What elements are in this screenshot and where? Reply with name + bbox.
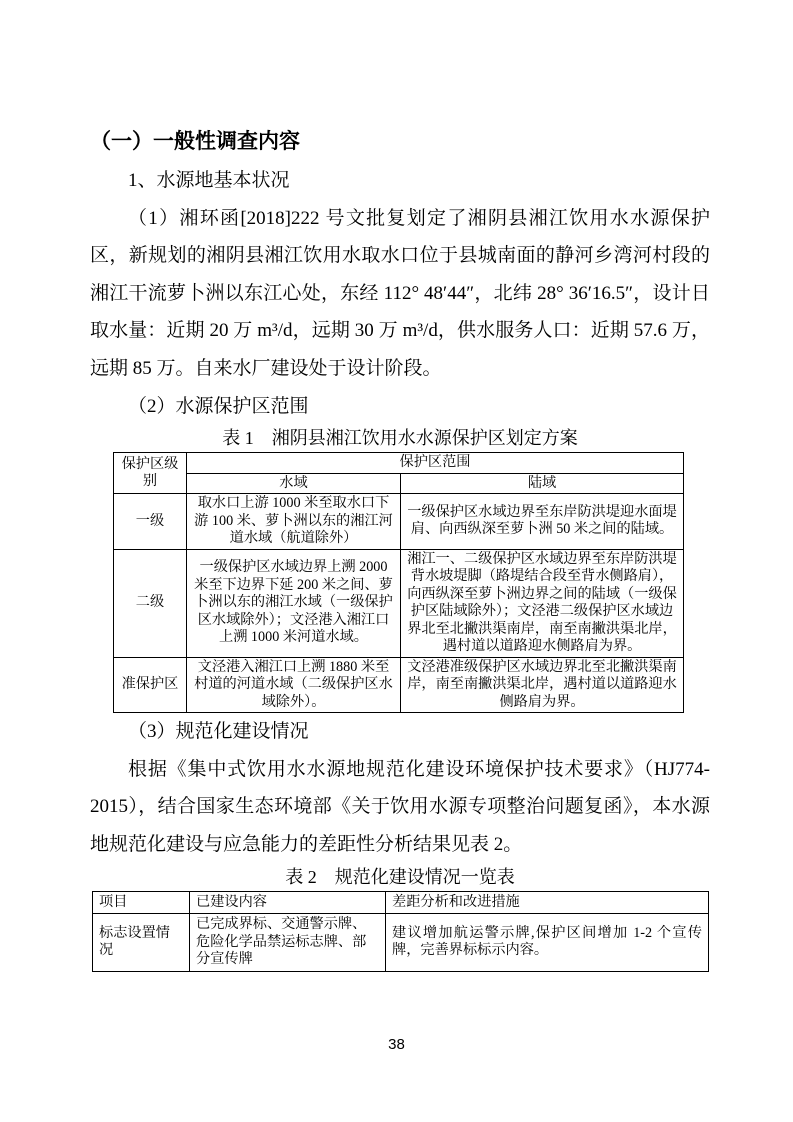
table2-cell-built: 已完成界标、交通警示牌、危险化学品禁运标志牌、部分宣传牌 [190, 914, 386, 972]
table1-cell-water: 取水口上游 1000 米至取水口下游 100 米、萝卜洲以东的湘江河道水域（航道… [187, 494, 401, 550]
table2-header-built: 已建设内容 [190, 891, 386, 914]
table1-cell-water: 一级保护区水域边界上溯 2000 米至下边界下延 200 米之间、萝卜洲以东的湘… [187, 549, 401, 657]
table2-header-gap: 差距分析和改进措施 [386, 891, 709, 914]
table1-cell-water: 文泾港入湘江口上溯 1880 米至村道的河道水域（二级保护区水域除外）。 [187, 657, 401, 713]
table1-header-level: 保护区级别 [114, 453, 187, 494]
table1-header-row-1: 保护区级别 保护区范围 [114, 453, 684, 474]
table1-cell-land: 湘江一、二级保护区水域边界至东岸防洪堤背水坡堤脚（路堤结合段至背水侧路肩），向西… [401, 549, 684, 657]
page-content: （一）一般性调查内容 1、水源地基本状况 （1）湘环函[2018]222 号文批… [90, 126, 710, 972]
table1-header-water: 水域 [187, 473, 401, 494]
table1-header-scope: 保护区范围 [187, 453, 684, 474]
table1-cell-land: 文泾港准级保护区水域边界北至北撇洪渠南岸，南至南撇洪渠北岸，遇村道以道路迎水侧路… [401, 657, 684, 713]
section-heading: （一）一般性调查内容 [90, 126, 710, 156]
list-item-2: （2）水源保护区范围 [90, 388, 710, 426]
page-number: 38 [0, 1036, 793, 1053]
table2-header-row: 项目 已建设内容 差距分析和改进措施 [93, 891, 709, 914]
table2-header-item: 项目 [93, 891, 190, 914]
table1-cell-level: 一级 [114, 494, 187, 550]
table-row: 标志设置情况 已完成界标、交通警示牌、危险化学品禁运标志牌、部分宣传牌 建议增加… [93, 914, 709, 972]
list-item-3: （3）规范化建设情况 [90, 713, 710, 751]
list-item-1: 1、水源地基本状况 [90, 162, 710, 200]
table1-header-row-2: 水域 陆域 [114, 473, 684, 494]
table-row: 准保护区 文泾港入湘江口上溯 1880 米至村道的河道水域（二级保护区水域除外）… [114, 657, 684, 713]
table-row: 二级 一级保护区水域边界上溯 2000 米至下边界下延 200 米之间、萝卜洲以… [114, 549, 684, 657]
document-page: （一）一般性调查内容 1、水源地基本状况 （1）湘环函[2018]222 号文批… [0, 0, 793, 1122]
table1-caption: 表 1 湘阴县湘江饮用水水源保护区划定方案 [90, 425, 710, 452]
table2-cell-gap: 建议增加航运警示牌,保护区间增加 1-2 个宣传牌，完善界标标示内容。 [386, 914, 709, 972]
table1-header-land: 陆域 [401, 473, 684, 494]
table1-protection-zones: 保护区级别 保护区范围 水域 陆域 一级 取水口上游 1000 米至取水口下游 … [113, 452, 684, 713]
table2-caption: 表 2 规范化建设情况一览表 [90, 864, 710, 891]
table1-cell-land: 一级保护区水域边界至东岸防洪堤迎水面堤肩、向西纵深至萝卜洲 50 米之间的陆域。 [401, 494, 684, 550]
table1-cell-level: 二级 [114, 549, 187, 657]
table2-standardization-status: 项目 已建设内容 差距分析和改进措施 标志设置情况 已完成界标、交通警示牌、危险… [92, 891, 709, 972]
table1-cell-level: 准保护区 [114, 657, 187, 713]
paragraph-standardization: 根据《集中式饮用水水源地规范化建设环境保护技术要求》（HJ774-2015），结… [90, 751, 710, 864]
paragraph-water-source-basic: （1）湘环函[2018]222 号文批复划定了湘阴县湘江饮用水水源保护区，新规划… [90, 200, 710, 388]
table-row: 一级 取水口上游 1000 米至取水口下游 100 米、萝卜洲以东的湘江河道水域… [114, 494, 684, 550]
table2-cell-item: 标志设置情况 [93, 914, 190, 972]
